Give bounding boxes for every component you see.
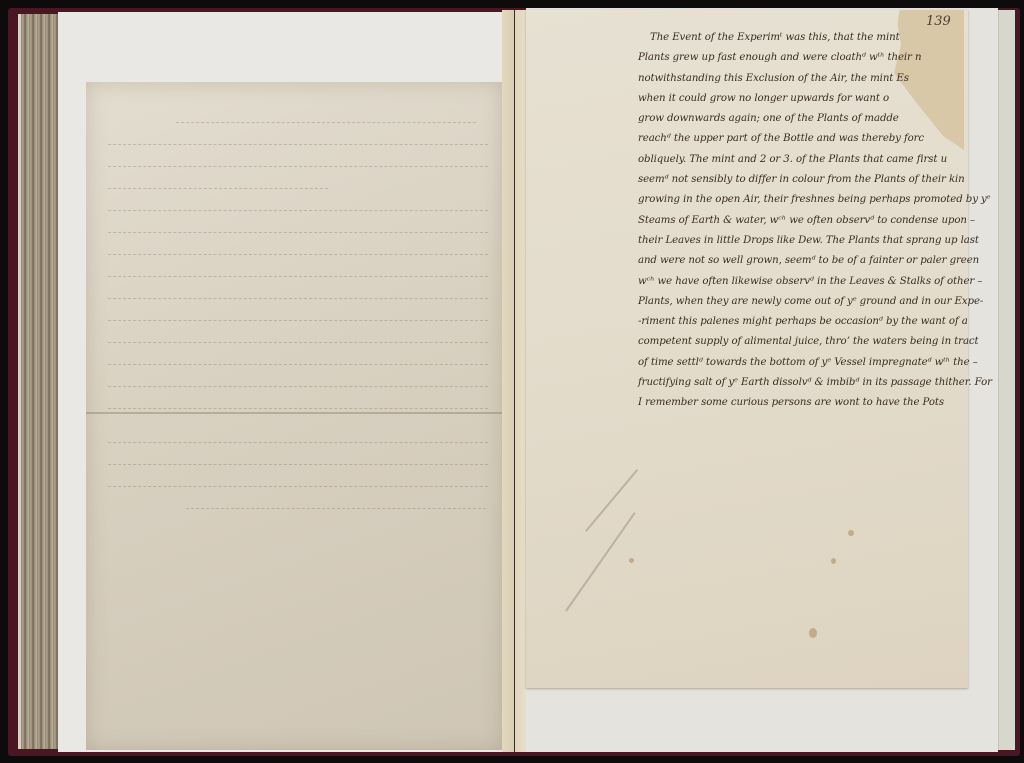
text-line: Plants grew up fast enough and were cloa… xyxy=(638,48,968,68)
text-line: Plants, when they are newly come out of … xyxy=(638,292,968,312)
bleed-through-text xyxy=(108,376,488,387)
text-line: I remember some curious persons are wont… xyxy=(638,393,968,413)
bleed-through-text xyxy=(186,498,486,509)
text-line: wᶜʰ we have often likewise observᵈ in th… xyxy=(638,272,968,292)
page-edges xyxy=(18,14,61,749)
bleed-through-text xyxy=(108,156,488,167)
bleed-through-text xyxy=(108,134,488,145)
text-line: and were not so well grown, seemᵈ to be … xyxy=(638,251,968,271)
foxing-stain xyxy=(848,530,854,536)
bleed-through-text xyxy=(108,244,488,255)
foxing-stain xyxy=(831,558,836,564)
bleed-through-text xyxy=(108,476,488,487)
bleed-through-text xyxy=(176,112,476,123)
gutter xyxy=(502,10,526,752)
text-line: competent supply of alimental juice, thr… xyxy=(638,332,968,352)
text-line: fructifying salt of yᵉ Earth dissolvᵈ & … xyxy=(638,373,968,393)
text-line: when it could grow no longer upwards for… xyxy=(638,89,968,109)
text-line: grow downwards again; one of the Plants … xyxy=(638,109,968,129)
text-line: notwithstanding this Exclusion of the Ai… xyxy=(638,69,968,89)
bleed-through-text xyxy=(108,266,488,277)
text-line: of time settlᵈ towards the bottom of yᵉ … xyxy=(638,353,968,373)
bleed-through-text xyxy=(108,398,488,409)
text-line: obliquely. The mint and 2 or 3. of the P… xyxy=(638,150,968,170)
text-line: growing in the open Air, their freshnes … xyxy=(638,190,968,210)
foxing-stain xyxy=(629,558,634,563)
text-line: -riment this palenes might perhaps be oc… xyxy=(638,312,968,332)
folio-number: 139 xyxy=(926,14,951,29)
text-line: reachᵈ the upper part of the Bottle and … xyxy=(638,129,968,149)
bleed-through-text xyxy=(108,178,328,189)
text-line: Steams of Earth & water, wᶜʰ we often ob… xyxy=(638,211,968,231)
bleed-through-text xyxy=(108,432,488,443)
manuscript-text: The Event of the Experimᵗ was this, that… xyxy=(638,28,968,414)
bleed-through-text xyxy=(108,454,488,465)
fold-crease xyxy=(86,412,502,414)
right-mount-edge xyxy=(998,10,1015,750)
pencil-mark xyxy=(585,469,638,532)
bleed-through-text xyxy=(108,354,488,365)
bleed-through-text xyxy=(108,200,488,211)
text-line: The Event of the Experimᵗ was this, that… xyxy=(638,28,968,48)
bleed-through-text xyxy=(108,332,488,343)
text-line: their Leaves in little Drops like Dew. T… xyxy=(638,231,968,251)
bleed-through-text xyxy=(108,222,488,233)
pencil-mark xyxy=(565,512,635,611)
text-line: seemᵈ not sensibly to differ in colour f… xyxy=(638,170,968,190)
left-manuscript-leaf xyxy=(86,82,502,750)
bleed-through-text xyxy=(108,288,488,299)
bleed-through-text xyxy=(108,310,488,321)
foxing-stain xyxy=(809,628,817,638)
